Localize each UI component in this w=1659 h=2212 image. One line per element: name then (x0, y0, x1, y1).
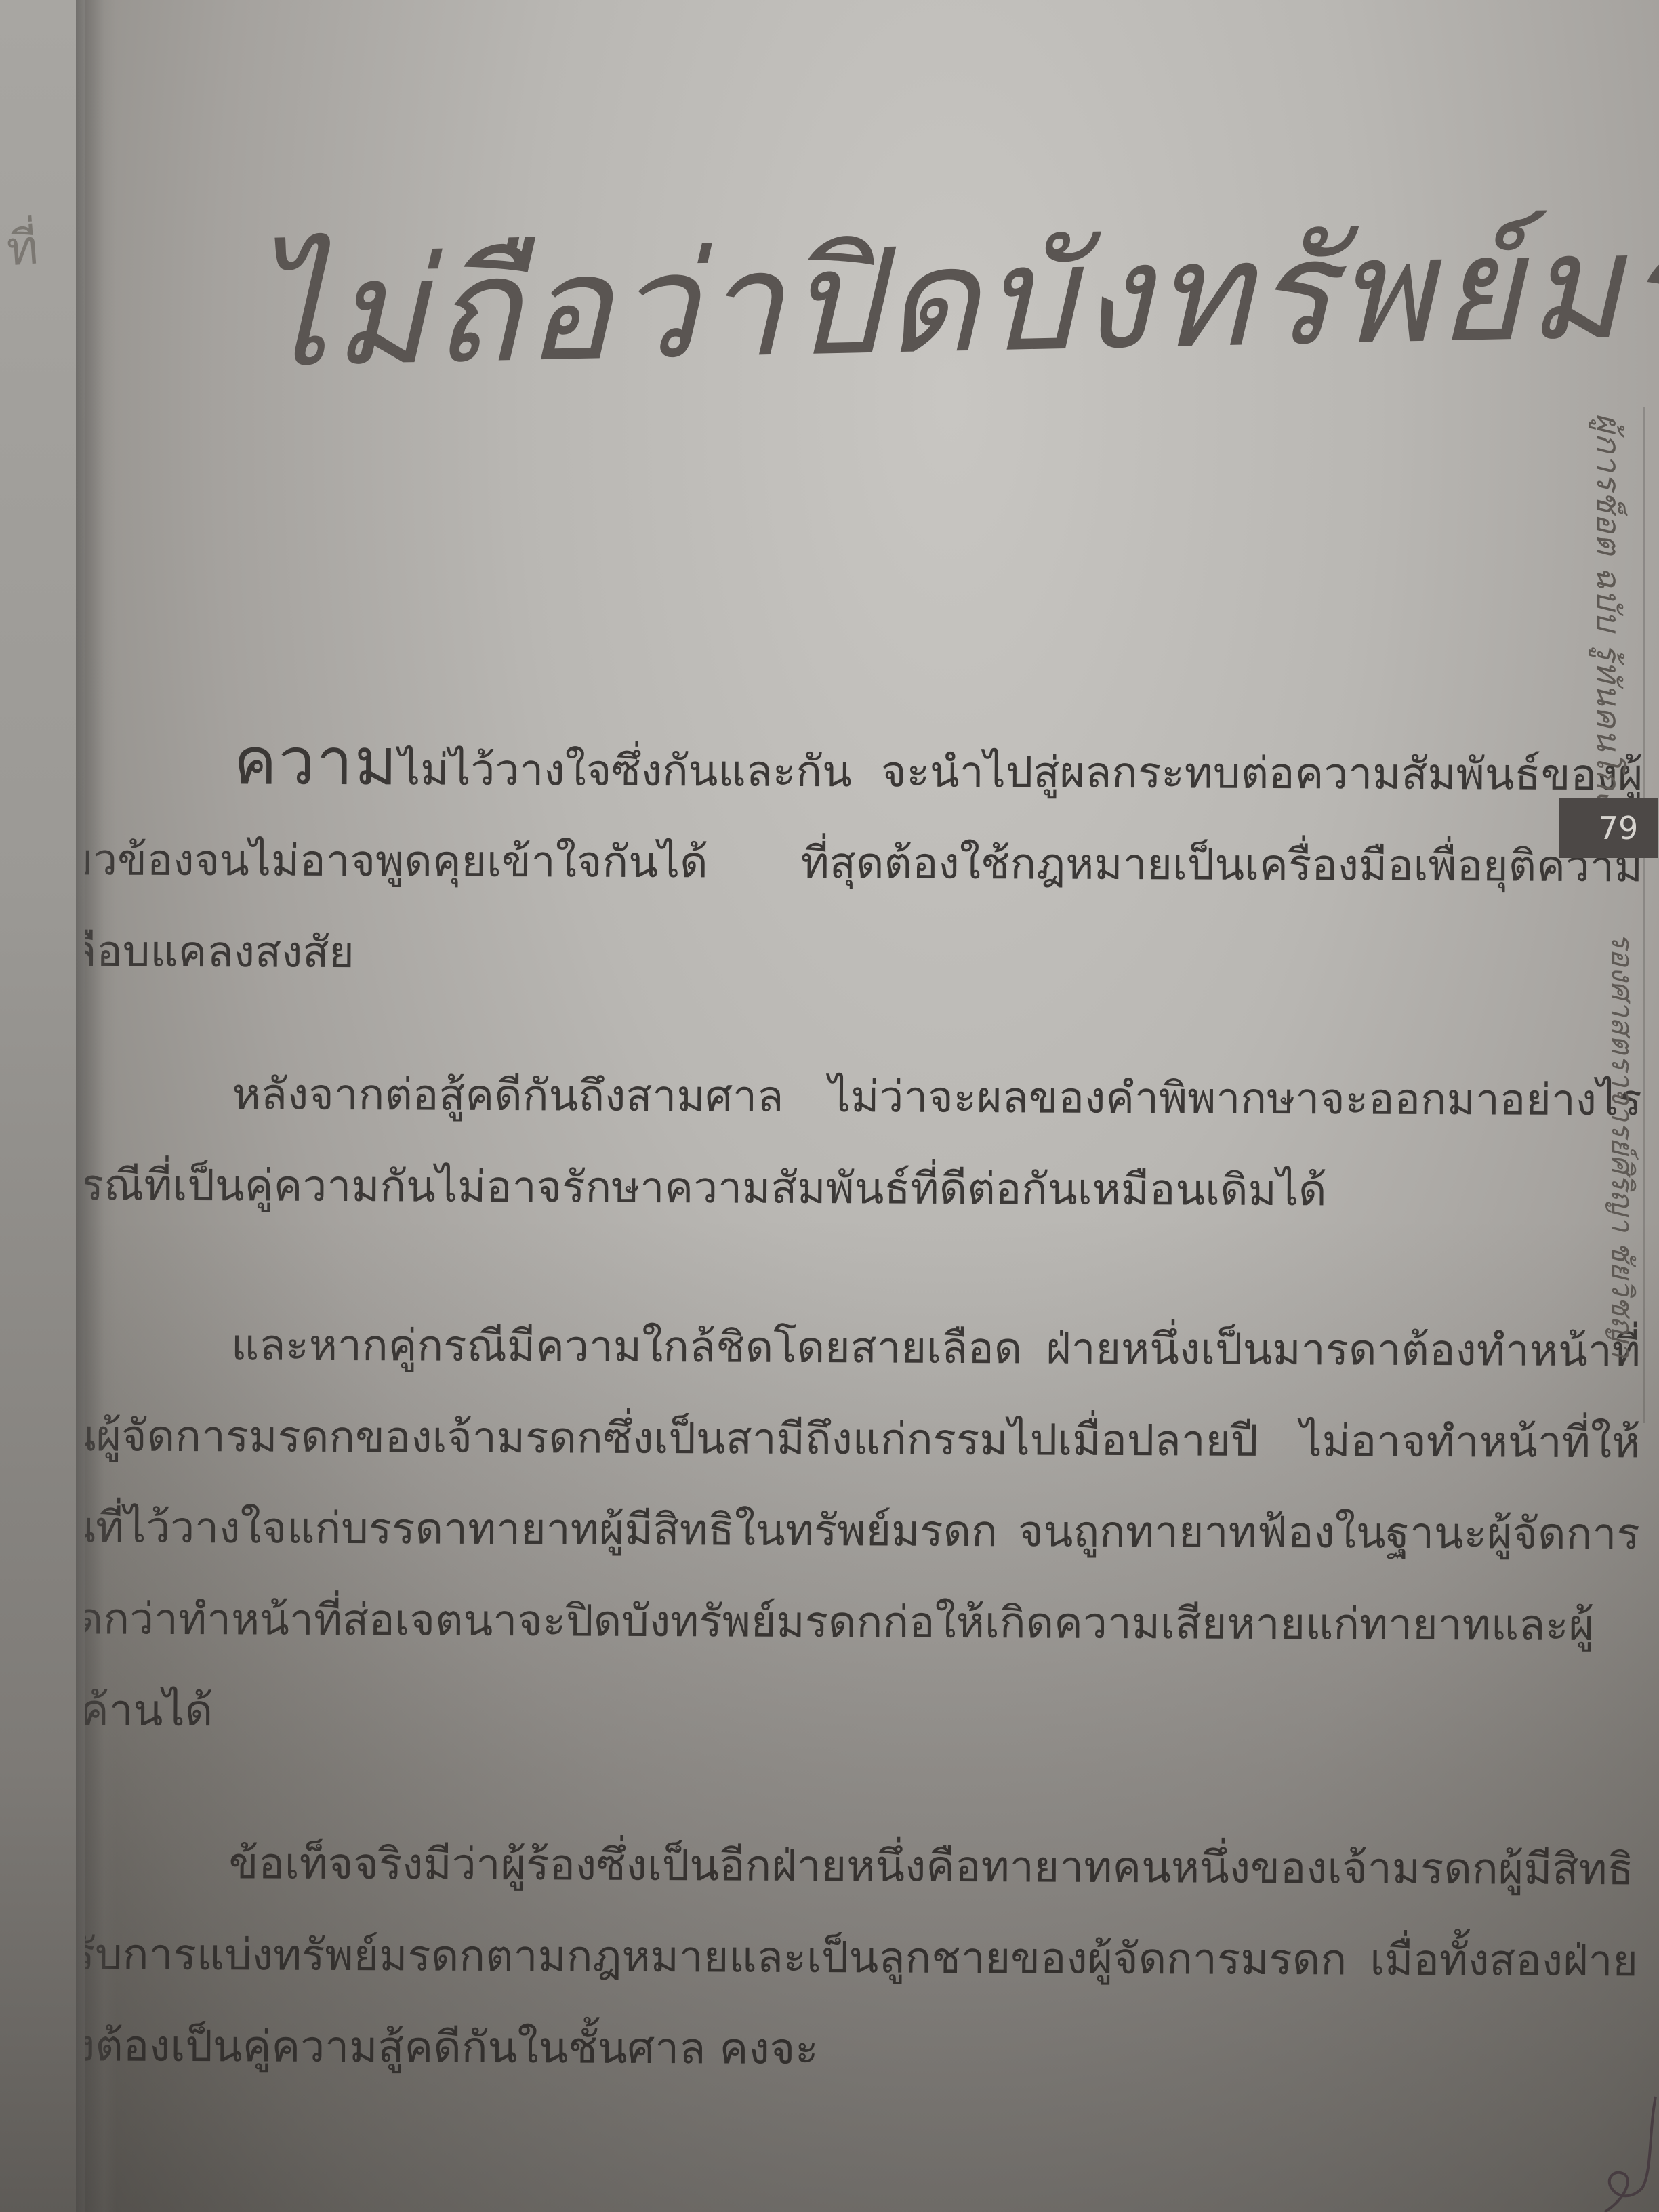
lead-word: ความ (233, 723, 398, 800)
paragraph-3: และหากคู่กรณีมีความใกล้ชิดโดยสายเลือด ฝ่… (85, 1299, 1641, 1763)
chapter-title: ไม่ถือว่าปิดบังทรัพย์มรดก (252, 186, 1544, 417)
book-page: ไม่ถือว่าปิดบังทรัพย์มรดก ความไม่ไว้วางใ… (85, 0, 1659, 2212)
facing-page-margin-mark: ที่ (4, 209, 41, 287)
paragraph-text: และหากคู่กรณีมีความใกล้ชิดโดยสายเลือด ฝ่… (85, 1320, 1641, 1736)
paragraph-1: ความไม่ไว้วางใจซึ่งกันและกัน จะนำไปสู่ผล… (85, 715, 1643, 1004)
paragraph-text: ข้อเท็จจริงมีว่าผู้ร้องซึ่งเป็นอีกฝ่ายหน… (85, 1839, 1638, 2074)
paragraph-text: หลังจากต่อสู้คดีกันถึงสามศาล ไม่ว่าจะผลข… (85, 1069, 1642, 1216)
paragraph-2: หลังจากต่อสู้คดีกันถึงสามศาล ไม่ว่าจะผลข… (85, 1048, 1642, 1238)
running-author-name: รองศาสตราจารย์ศิริญา ชัยวิชญา (1571, 881, 1645, 1410)
running-sidebar: ผู้การช็อต ฉบับ รู้ทันคนโกง 79 รองศาสตรา… (1557, 407, 1659, 1423)
paragraph-4: ข้อเท็จจริงมีว่าผู้ร้องซึ่งเป็นอีกฝ่ายหน… (85, 1818, 1639, 2099)
book-gutter (76, 0, 117, 2212)
body-text: ความไม่ไว้วางใจซึ่งกันและกัน จะนำไปสู่ผล… (85, 715, 1643, 2099)
page-number-badge: 79 (1559, 798, 1658, 858)
corner-ornament-icon (1523, 2036, 1659, 2212)
facing-page-edge: ที่ (0, 0, 85, 2212)
running-book-title: ผู้การช็อต ฉบับ รู้ทันคนโกง (1564, 434, 1652, 786)
